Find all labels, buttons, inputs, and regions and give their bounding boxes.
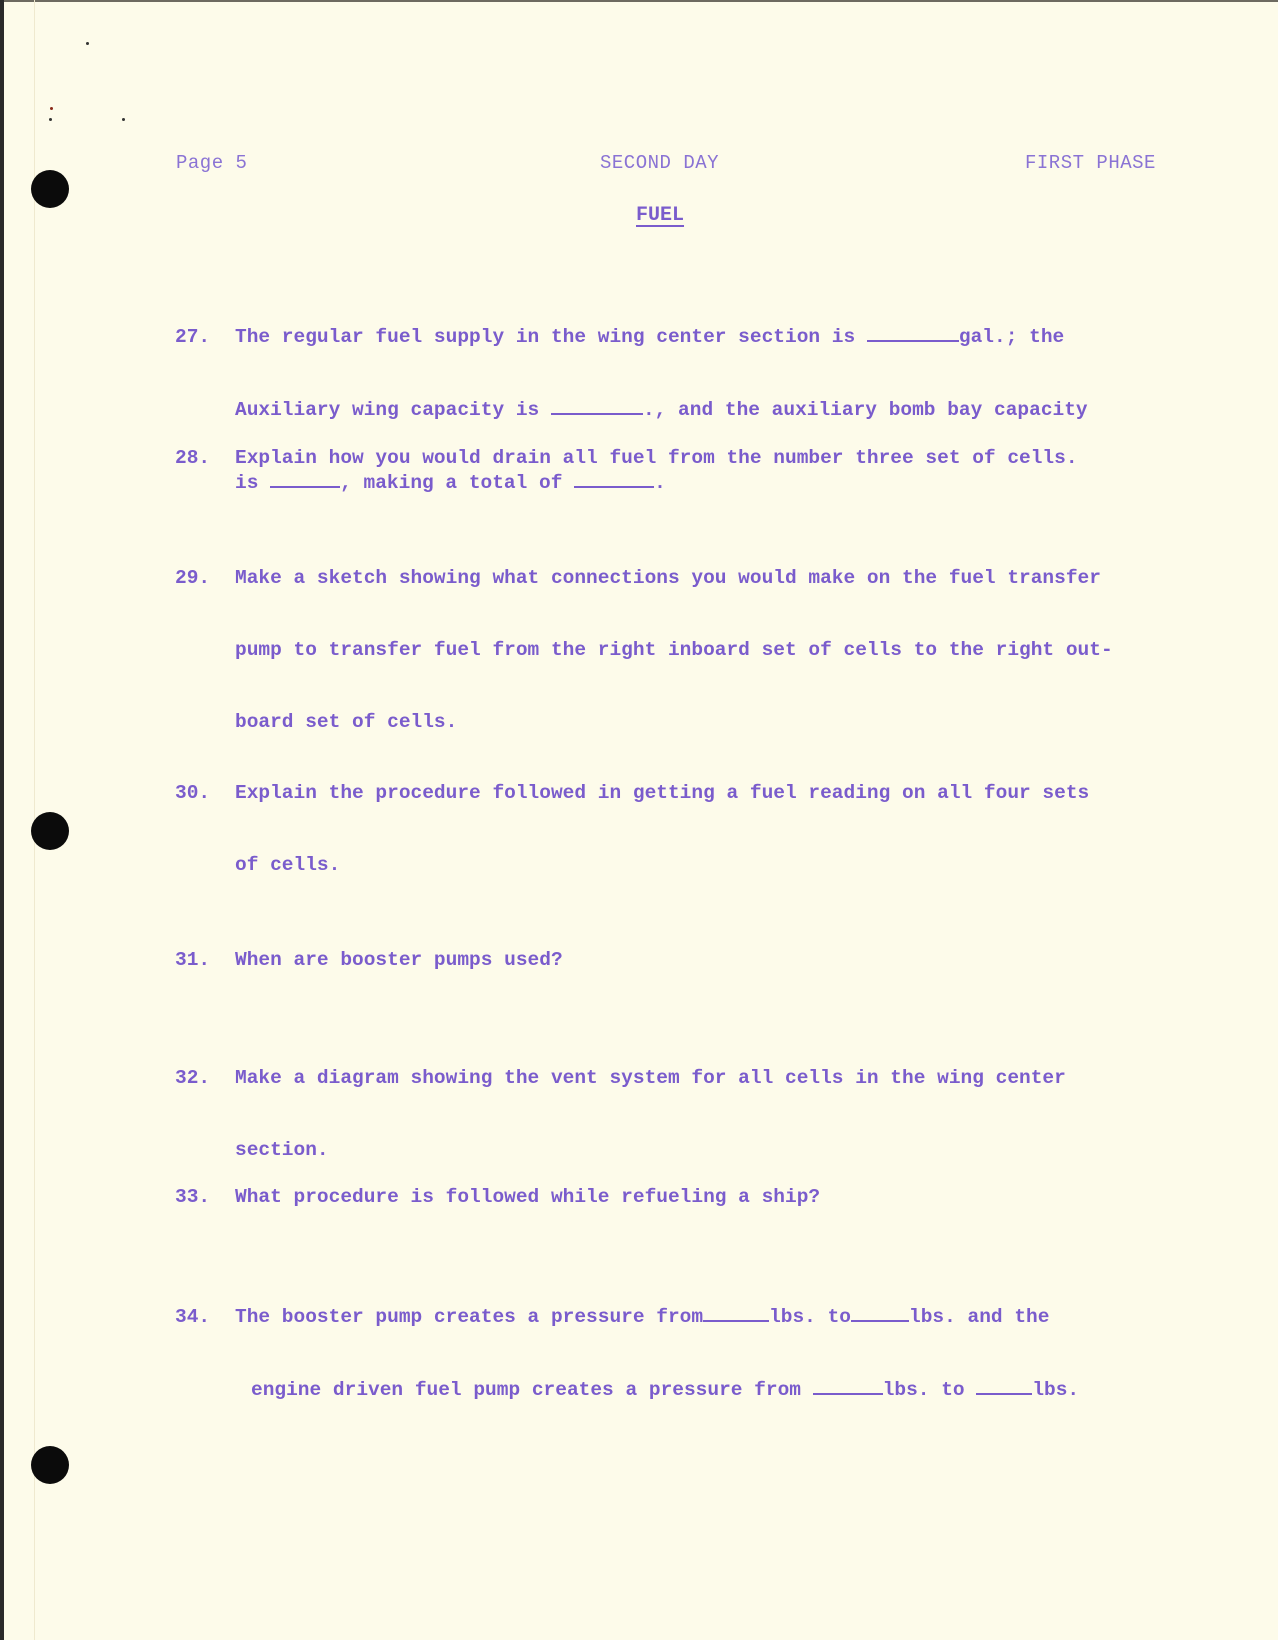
question-number: 34. xyxy=(175,1305,235,1329)
answer-blank[interactable] xyxy=(976,1377,1032,1395)
page-edge-left xyxy=(0,0,4,1640)
page-number: Page 5 xyxy=(176,152,247,174)
section-title: FUEL xyxy=(636,204,684,227)
sketch-area-29[interactable] xyxy=(175,600,1175,720)
speck xyxy=(49,118,52,121)
punch-hole-top xyxy=(31,170,69,208)
answer-blank[interactable] xyxy=(851,1304,909,1322)
speck xyxy=(50,107,53,110)
question-number: 27. xyxy=(175,325,235,349)
phase-label: FIRST PHASE xyxy=(1025,152,1156,174)
day-label: SECOND DAY xyxy=(600,152,719,174)
answer-area-28[interactable] xyxy=(175,430,1175,510)
answer-area-33[interactable] xyxy=(175,1168,1175,1248)
speck xyxy=(86,42,89,45)
page-edge-top xyxy=(0,0,1278,2)
speck xyxy=(122,118,125,121)
punch-hole-middle xyxy=(31,812,69,850)
answer-area-30[interactable] xyxy=(175,790,1175,890)
answer-blank[interactable] xyxy=(703,1304,769,1322)
answer-area-31[interactable] xyxy=(175,930,1175,1010)
diagram-area-32[interactable] xyxy=(175,1070,1175,1130)
punch-hole-bottom xyxy=(31,1446,69,1484)
answer-blank[interactable] xyxy=(813,1377,883,1395)
answer-blank[interactable] xyxy=(867,324,959,342)
question-34: 34.The booster pump creates a pressure f… xyxy=(175,1256,1175,1426)
question-number: 29. xyxy=(175,566,235,590)
